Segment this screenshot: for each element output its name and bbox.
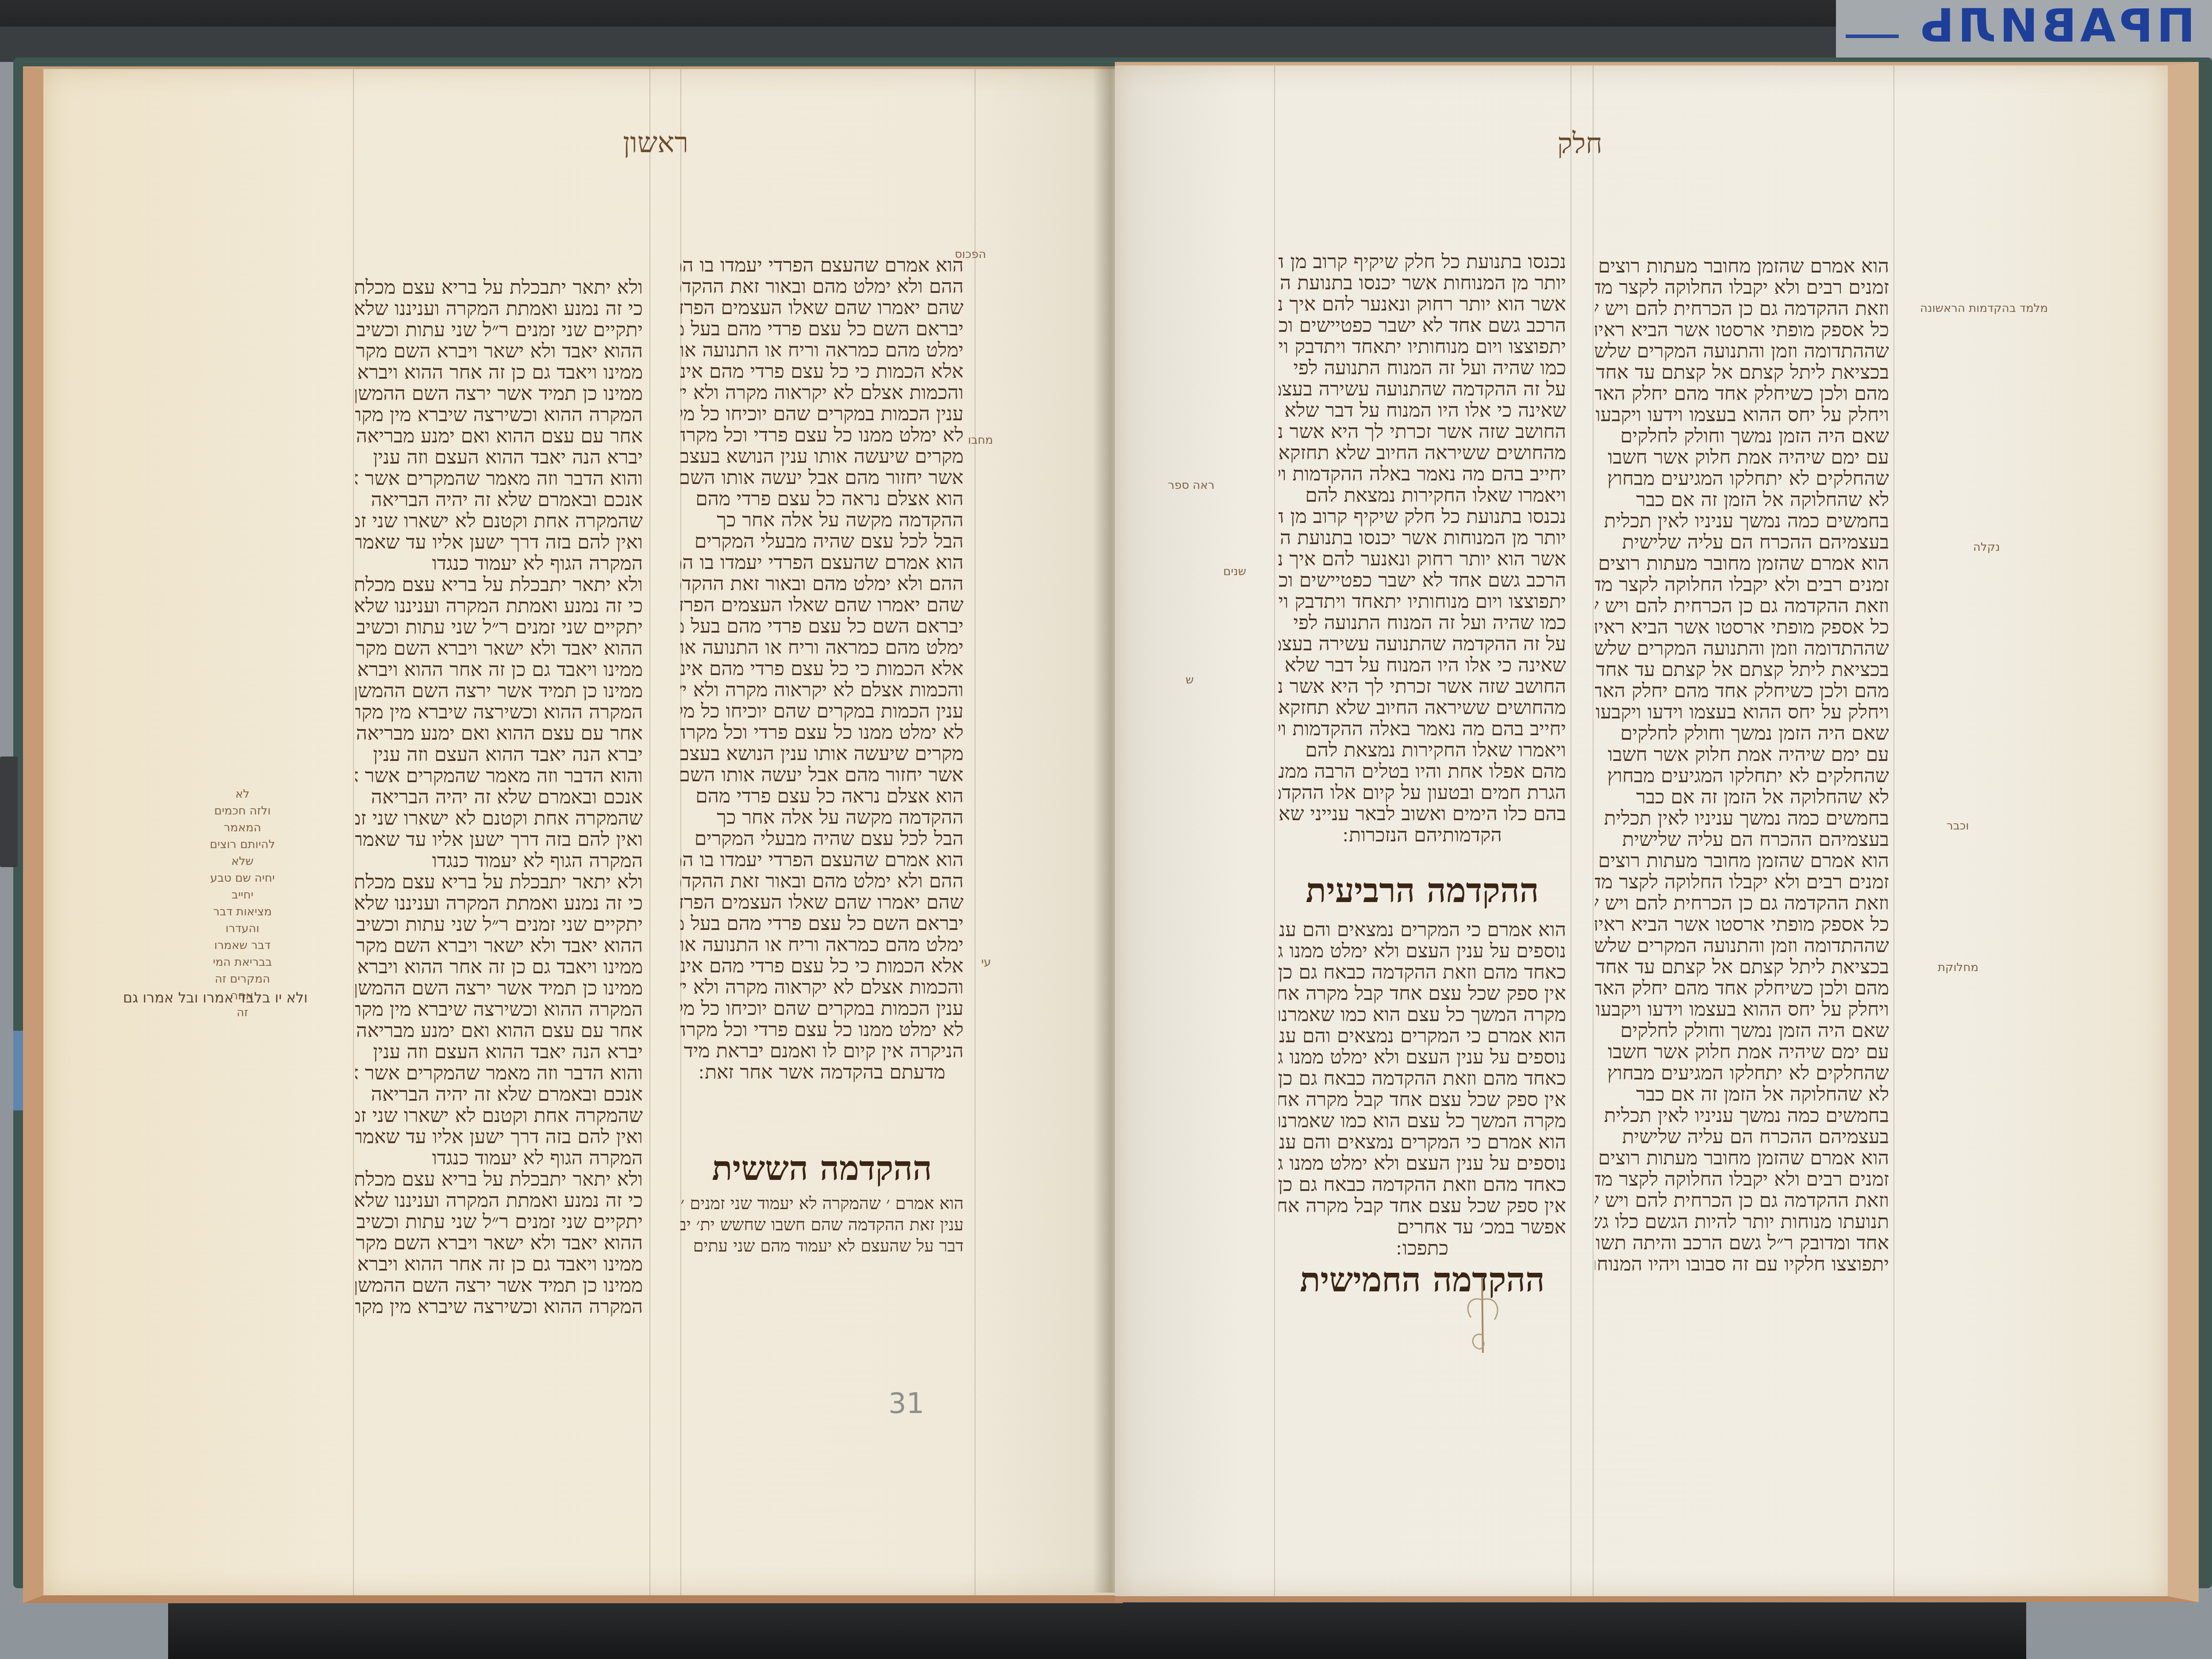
text-line: כי זה נמנע ואמתת המקרה ועניננו שלא ישאר … bbox=[355, 595, 643, 617]
text-line: ימלט מהם כמראה וריח או התנועה או הנוח bbox=[680, 340, 964, 361]
text-line: נוספים על ענין העצם ולא ימלט ממנו גשם ׳ bbox=[1279, 1047, 1566, 1068]
text-line: וזאת ההקדמה גם כן הכרחית להם ויש שהם ראו bbox=[1595, 1190, 1889, 1211]
running-head: ראשון bbox=[623, 127, 688, 159]
text-line: הוא אמרם שהזמן מחובר מעתות רוצים בזה שהם bbox=[1595, 850, 1889, 872]
text-line: מקרים שיעשה אותו ענין הנושא בעצם bbox=[680, 743, 964, 764]
text-line: אין ספק שכל עצם אחד קבל מקרה אחר bbox=[1279, 1089, 1566, 1110]
text-line: יותר מן המנוחות אשר יכנסו בתנועת החלק ׳ bbox=[1279, 527, 1566, 549]
text-line: נכנסו בתנועת כל חלק שיקיף קרוב מן המרכז … bbox=[1279, 251, 1566, 273]
text-line: הוא אמרם ׳ שהמקרה לא יעמוד שני זמנים ׳ bbox=[680, 1193, 964, 1214]
text-line: יבראם השם כל עצם פרדי מהם בעל מקרים לא bbox=[680, 319, 964, 340]
text-line: יחייב בהם מה נאמר באלה ההקדמות ולא bbox=[1279, 718, 1566, 740]
text-line: מהחושים ששיראה החיוב שלא תחזקאל אשר bbox=[1279, 442, 1566, 464]
text-line: לא ימלט ממנו כל עצם פרדי וכל מקרה bbox=[680, 1019, 964, 1041]
ruling-line bbox=[1571, 65, 1571, 1596]
text-line: אלא הכמות כי כל עצם פרדי מהם אינו בעל כמ… bbox=[680, 361, 964, 382]
text-line: ואין להם בזה דרך ישען אליו עד שאמרו bbox=[355, 829, 643, 850]
marginal-note: שנים bbox=[1223, 563, 1246, 580]
text-line: מהם אפלו אחת והיו בטלים הרבה ממעשרה bbox=[1279, 761, 1566, 782]
text-line: יתקיים שני זמנים ר״ל שני עתות וכשיברא המ… bbox=[355, 1211, 643, 1233]
text-line: ממינו כן תמיד אשר ירצה השם ההמשך bbox=[355, 680, 643, 702]
text-line: ההם ולא ימלט מהם ובאור זאת ההקדמה ועניני bbox=[680, 573, 964, 595]
text-line: בהם כלו הימים ואשוב לבאר ענייני שאר bbox=[1279, 803, 1566, 825]
text-line: ענין הכמות במקרים שהם יוכיחו כל מקרה bbox=[680, 998, 964, 1019]
text-line: הבל לכל עצם שהיה מבעלי המקרים bbox=[680, 828, 964, 849]
text-line: המקרה הגוף לא יעמוד כנגדו bbox=[355, 850, 643, 872]
text-line: הוא אמרם שהזמן מחובר מעתות רוצים בזה שהם bbox=[1595, 256, 1889, 277]
text-line: יבראם השם כל עצם פרדי מהם בעל מקרים לא bbox=[680, 913, 964, 934]
text-line: יתקיים שני זמנים ר״ל שני עתות וכשיברא המ… bbox=[355, 914, 643, 935]
text-line: ולא יתאר יתבכלת על בריא עצם מכלתי מקרה bbox=[355, 1169, 643, 1190]
text-line: אין ספק שכל עצם אחד קבל מקרה אחר bbox=[1279, 983, 1566, 1004]
text-line: הגרת חמים ובטעון על קיום אלו ההקדמות וכי… bbox=[1279, 782, 1566, 803]
text-line: כל אספק מופתי ארסטו אשר הביא ראיה בהם bbox=[1595, 617, 1889, 638]
text-line: ההם ולא ימלט מהם ובאור זאת ההקדמה ועניני bbox=[680, 276, 964, 297]
book-cradle-strip bbox=[0, 27, 1854, 62]
marginal-line: זה bbox=[198, 1004, 287, 1021]
text-line: יתקיים שני זמנים ר״ל שני עתות וכשיברא המ… bbox=[355, 319, 643, 341]
text-line: נוספים על ענין העצם ולא ימלט ממנו גשם ׳ bbox=[1279, 941, 1566, 962]
text-line: הוא אמרם כי המקרים נמצאים והם עניינים ׳ bbox=[1279, 919, 1566, 941]
text-line: ויאמרו שאלו החקירות נמצאת להם bbox=[1279, 740, 1566, 761]
marginal-note: מחבו bbox=[968, 432, 993, 449]
text-line: ולא יתאר יתבכלת על בריא עצם מכלתי מקרה bbox=[355, 872, 643, 893]
text-line: שהמקרה אחת וקטנם לא ישארו שני זמנים bbox=[355, 808, 643, 829]
marginal-note: ש bbox=[1186, 672, 1194, 688]
text-line: תנועתו מנוחות יותר להיות הגשם כלו גשם ׳ bbox=[1595, 1211, 1889, 1233]
text-line: המקרה הגוף לא יעמוד כנגדו bbox=[355, 1148, 643, 1169]
text-line: ולא יתאר יתבכלת על בריא עצם מכלתי מקרה bbox=[355, 574, 643, 595]
heading-body: הוא אמרם ׳ שהמקרה לא יעמוד שני זמנים ׳ ע… bbox=[680, 1193, 964, 1256]
ruling-line bbox=[975, 69, 975, 1595]
text-line: ממינו ויאבד גם כן זה אחר ההוא ויברא שליש… bbox=[355, 1254, 643, 1275]
marginal-line: יחיה שם טבע יחייב bbox=[198, 870, 287, 903]
catchword-flourish-icon bbox=[1455, 1278, 1509, 1357]
text-line: המקרה ההוא וכשירצה שיברא מין מקרה bbox=[355, 702, 643, 723]
text-line: שהמקרה אחת וקטנם לא ישארו שני זמנים bbox=[355, 1105, 643, 1126]
text-line: אפשר במכ׳ עד אחרים bbox=[1279, 1217, 1566, 1238]
text-line: אשר יחזור מהם אבל יעשה אותו השם bbox=[680, 764, 964, 786]
marginal-note: נקלה bbox=[1973, 539, 2000, 556]
text-line: ויחלק על יחס ההוא בעצמו וידעו ויקבעו bbox=[1595, 702, 1889, 723]
text-line: בחמשים כמה נמשך עניניו לאין תכלית bbox=[1595, 1105, 1889, 1126]
text-line: בעצמיהם ההכרח הם עליה שלישית bbox=[1595, 1126, 1889, 1148]
text-line: זמנים רבים ולא יקבלו החלוקה לקצר מדותם ׳ bbox=[1595, 277, 1889, 298]
text-line: שאינה כי אלו היו המנוח על דבר שלא bbox=[1279, 655, 1566, 676]
text-line: כאחד מהם וזאת ההקדמה כבאח גם כן הסכמת bbox=[1279, 962, 1566, 983]
text-line: ימלט מהם כמראה וריח או התנועה או הנוח bbox=[680, 637, 964, 658]
text-line: שההתדומה וזמן והתנועה המקרים שלשתם שוים bbox=[1595, 341, 1889, 362]
marginal-line: לא bbox=[198, 786, 287, 803]
text-line: אחר עם עצם ההוא ואם ימנע מבריאה ולא bbox=[355, 1020, 643, 1041]
text-line: לא ימלט ממנו כל עצם פרדי וכל מקרה bbox=[680, 722, 964, 743]
text-line: ממינו כן תמיד אשר ירצה השם ההמשך bbox=[355, 1275, 643, 1296]
text-line: כל אספק מופתי ארסטו אשר הביא ראיה בהם bbox=[1595, 914, 1889, 935]
text-column-left: נכנסו בתנועת כל חלק שיקיף קרוב מן המרכז … bbox=[1279, 251, 1566, 846]
text-line: הוא אמרם כי המקרים נמצאים והם עניינים ׳ bbox=[1279, 1132, 1566, 1153]
text-line: ואין להם בזה דרך ישען אליו עד שאמרו bbox=[355, 532, 643, 553]
text-line: ההקדמה מקשה על אלה אחר כך bbox=[680, 807, 964, 828]
marginal-line: בבריאת המי bbox=[198, 954, 287, 971]
text-line: שההתדומה וזמן והתנועה המקרים שלשתם שוים bbox=[1595, 638, 1889, 659]
book-cradle-bottom bbox=[168, 1595, 2026, 1659]
text-line: הוא אמרם שהעצם הפרדי יעמדו בו המקרים bbox=[680, 552, 964, 573]
text-line: ואין להם בזה דרך ישען אליו עד שאמרו bbox=[355, 1126, 643, 1148]
text-line: אלא הכמות כי כל עצם פרדי מהם אינו בעל כמ… bbox=[680, 658, 964, 680]
text-line: הבל לכל עצם שהיה מבעלי המקרים bbox=[680, 531, 964, 552]
text-line: אלא הכמות כי כל עצם פרדי מהם אינו בעל כמ… bbox=[680, 956, 964, 977]
text-line: הקדמותיהם הנזכרות ׃ bbox=[1279, 825, 1566, 846]
text-line: ההוא יאבד ולא ישאר ויברא השם מקרה אחר bbox=[355, 638, 643, 659]
text-line: יברא הנה יאבד ההוא העצם וזה ענין bbox=[355, 447, 643, 468]
text-line: על זה ההקדמה שהתנועה עשירה בעצמה היא bbox=[1279, 379, 1566, 400]
text-line: וזאת ההקדמה גם כן הכרחית להם ויש שהם ראו bbox=[1595, 298, 1889, 319]
text-line: ענין זאת ההקדמה שהם חשבו שחשש ית׳ יברא bbox=[680, 1214, 964, 1235]
section-heading: ההקדמה הששית bbox=[680, 1148, 964, 1188]
text-line: ההוא יאבד ולא ישאר ויברא השם מקרה אחר bbox=[355, 1233, 643, 1254]
marginal-note: עי bbox=[981, 954, 991, 971]
text-line: ויאמרו שאלו החקירות נמצאת להם bbox=[1279, 485, 1566, 506]
text-line: אנכם ובאמרם שלא זה יהיה הבריאה bbox=[355, 1084, 643, 1105]
text-line: כל אספק מופתי ארסטו אשר הביא ראיה בהם bbox=[1595, 319, 1889, 341]
text-line: אשר הוא יותר רחוק ונאנער להם איך נראה לה… bbox=[1279, 549, 1566, 570]
text-line: המקרה ההוא וכשירצה שיברא מין מקרה bbox=[355, 999, 643, 1020]
marginal-note: מלמד בהקדמות הראשונה bbox=[1920, 300, 2048, 317]
text-line: הרכב גשם אחד לא ישבר כפטיישים וכשיסוב ׳ bbox=[1279, 315, 1566, 336]
text-line: כי זה נמנע ואמתת המקרה ועניננו שלא ישאר … bbox=[355, 893, 643, 914]
marginal-line: מציאות דבר והעדרו bbox=[198, 903, 287, 937]
text-line: יחייב בהם מה נאמר באלה ההקדמות ולא bbox=[1279, 464, 1566, 485]
text-line: כאחד מהם וזאת ההקדמה כבאח גם כן הסכמת bbox=[1279, 1174, 1566, 1195]
ruling-line bbox=[1893, 65, 1894, 1596]
text-line: הוא אמרם שהעצם הפרדי יעמדו בו המקרים bbox=[680, 849, 964, 871]
text-line: ממינו כן תמיד אשר ירצה השם ההמשך bbox=[355, 383, 643, 404]
text-line: המקרה ההוא וכשירצה שיברא מין מקרה bbox=[355, 404, 643, 426]
text-line: ההקדמה מקשה על אלה אחר כך bbox=[680, 510, 964, 531]
text-line: אחר עם עצם ההוא ואם ימנע מבריאה ולא bbox=[355, 723, 643, 744]
text-line: זמנים רבים ולא יקבלו החלוקה לקצר מדותם ׳ bbox=[1595, 574, 1889, 595]
background-card-label: ПРАВИЛЬ bbox=[1916, 2, 2195, 50]
marginal-note: ולא יו בלבד אמרו ובל אמרו גם bbox=[123, 989, 308, 1006]
text-line: מקרה המשך כל עצם הוא כמו שאמרנו bbox=[1279, 1110, 1566, 1132]
text-line: לא שהחלוקה אל הזמן זה אם כבר bbox=[1595, 787, 1889, 808]
text-line: שהם יאמרו שהם שאלו העצמים הפרדים אשר bbox=[680, 595, 964, 616]
marginal-note: מחלוקת bbox=[1938, 959, 1978, 976]
text-line: אנכם ובאמרם שלא זה יהיה הבריאה bbox=[355, 787, 643, 808]
text-line: אשר הוא יותר רחוק ונאנער להם איך נראה לה… bbox=[1279, 294, 1566, 315]
text-line: המקרה הגוף לא יעמוד כנגדו bbox=[355, 553, 643, 574]
text-line: עם ימם שיהיה אמת חלוק אשר חשבו bbox=[1595, 744, 1889, 765]
ruling-line bbox=[353, 69, 354, 1595]
text-line: המקרה ההוא וכשירצה שיברא מין מקרה bbox=[355, 1296, 643, 1317]
text-line: מהחושים ששיראה החיוב שלא תחזקאל אשר bbox=[1279, 697, 1566, 718]
text-line: שהחלקים לא יתחלקו המגיעים מבחוץ bbox=[1595, 765, 1889, 787]
text-column-right: הוא אמרם שהעצם הפרדי יעמדו בו המקרים ההם… bbox=[680, 255, 964, 1083]
text-line: על זה ההקדמה שהתנועה עשירה בעצמה היא bbox=[1279, 634, 1566, 655]
text-line: כי זה נמנע ואמתת המקרה ועניננו שלא ישאר … bbox=[355, 298, 643, 319]
text-line: ממינו כן תמיד אשר ירצה השם ההמשך bbox=[355, 978, 643, 999]
text-line: והכמות אצלם לא יקראוה מקרה ולא ישכילו bbox=[680, 977, 964, 998]
text-line: שאם היה הזמן נמשך וחולק לחלקים bbox=[1595, 1020, 1889, 1041]
text-line: וזאת ההקדמה גם כן הכרחית להם ויש שהם ראו bbox=[1595, 595, 1889, 617]
text-line: כמו שהיה ועל זה המנוח התנועה לפי bbox=[1279, 612, 1566, 634]
text-line: והוא הדבר וזה מאמר שהמקרים אשר אותו bbox=[355, 1063, 643, 1084]
text-line: כתפכו ׃ bbox=[1279, 1238, 1566, 1259]
text-line: ההוא יאבד ולא ישאר ויברא השם מקרה אחר bbox=[355, 341, 643, 362]
text-line: ויחלק על יחס ההוא בעצמו וידעו ויקבעו bbox=[1595, 404, 1889, 426]
text-line: כי זה נמנע ואמתת המקרה ועניננו שלא ישאר … bbox=[355, 1190, 643, 1211]
text-line: וזאת ההקדמה גם כן הכרחית להם ויש שהם ראו bbox=[1595, 893, 1889, 914]
ruling-line bbox=[1274, 65, 1275, 1596]
text-line: אחר עם עצם ההוא ואם ימנע מבריאה ולא bbox=[355, 426, 643, 447]
marginal-note-block: לא ולזה חכמים המאמר להיותם רוצים שלא יחי… bbox=[198, 786, 287, 1021]
text-line: ההם ולא ימלט מהם ובאור זאת ההקדמה ועניני bbox=[680, 871, 964, 892]
text-line: אשר יחזור מהם אבל יעשה אותו השם bbox=[680, 467, 964, 488]
marginal-line: להיותם רוצים שלא bbox=[198, 836, 287, 870]
text-line: יותר מן המנוחות אשר יכנסו בתנועת החלק ׳ bbox=[1279, 273, 1566, 294]
text-line: ענין הכמות במקרים שהם יוכיחו כל מקרה bbox=[680, 701, 964, 722]
text-line: הוא אצלם נראה כל עצם פרדי מהם bbox=[680, 786, 964, 807]
text-line: ענין הכמות במקרים שהם יוכיחו כל מקרה bbox=[680, 403, 964, 425]
text-line: כמו שהיה ועל זה המנוח התנועה לפי bbox=[1279, 357, 1566, 379]
text-line: שהחלקים לא יתחלקו המגיעים מבחוץ bbox=[1595, 1063, 1889, 1084]
text-line: מקרה המשך כל עצם הוא כמו שאמרנו bbox=[1279, 1004, 1566, 1025]
text-line: והוא הדבר וזה מאמר שהמקרים אשר אותו bbox=[355, 468, 643, 489]
text-line: והכמות אצלם לא יקראוה מקרה ולא ישכילו bbox=[680, 680, 964, 701]
text-line: יתפוצצו ויום מנוחותיו יתאחד ויתדבק וישוב… bbox=[1279, 591, 1566, 612]
text-line: בחמשים כמה נמשך עניניו לאין תכלית bbox=[1595, 808, 1889, 829]
text-line: זמנים רבים ולא יקבלו החלוקה לקצר מדותם ׳ bbox=[1595, 872, 1889, 893]
text-line: מהם ולכן כשיחלק אחד מהם יחלק האחר bbox=[1595, 383, 1889, 404]
text-line: והכמות אצלם לא יקראוה מקרה ולא ישכילו bbox=[680, 382, 964, 403]
text-line: בעצמיהם ההכרח הם עליה שלישית bbox=[1595, 532, 1889, 553]
text-line: שאם היה הזמן נמשך וחולק לחלקים bbox=[1595, 426, 1889, 447]
text-line: עם ימם שיהיה אמת חלוק אשר חשבו bbox=[1595, 1041, 1889, 1063]
text-line: החושב שזה אשר זכרתי לך היא אשר נגזר bbox=[1279, 421, 1566, 442]
text-line: זמנים רבים ולא יקבלו החלוקה לקצר מדותם ׳ bbox=[1595, 1169, 1889, 1190]
text-line: יבראם השם כל עצם פרדי מהם בעל מקרים לא bbox=[680, 616, 964, 637]
text-line: הוא אמרם שהזמן מחובר מעתות רוצים בזה שהם bbox=[1595, 553, 1889, 574]
text-line: מקרים שיעשה אותו ענין הנושא בעצם bbox=[680, 446, 964, 467]
running-head: חלק bbox=[1557, 127, 1602, 160]
text-line: שהם יאמרו שהם שאלו העצמים הפרדים אשר bbox=[680, 892, 964, 913]
text-line: שהחלקים לא יתחלקו המגיעים מבחוץ bbox=[1595, 468, 1889, 489]
text-line: נכנסו בתנועת כל חלק שיקיף קרוב מן המרכז … bbox=[1279, 506, 1566, 527]
text-line: מהם ולכן כשיחלק אחד מהם יחלק האחר bbox=[1595, 978, 1889, 999]
text-column-left: ולא יתאר יתבכלת על בריא עצם מכלתי מקרה כ… bbox=[355, 277, 643, 1317]
text-line: ימלט מהם כמראה וריח או התנועה או הנוח bbox=[680, 934, 964, 956]
text-line: ויחלק על יחס ההוא בעצמו וידעו ויקבעו bbox=[1595, 999, 1889, 1020]
text-line: שהמקרה אחת וקטנם לא ישארו שני זמנים bbox=[355, 511, 643, 532]
text-column-right: הוא אמרם שהזמן מחובר מעתות רוצים בזה שהם… bbox=[1595, 256, 1889, 1275]
text-line: אחד ומדובק ר״ל גשם הרכב והיתה תשובתם כי bbox=[1595, 1233, 1889, 1254]
text-line: לא ימלט ממנו כל עצם פרדי וכל מקרה bbox=[680, 425, 964, 446]
marginal-note: ראה ספר bbox=[1168, 477, 1214, 494]
text-line: לא שהחלוקה אל הזמן זה אם כבר bbox=[1595, 489, 1889, 511]
text-line: והוא הדבר וזה מאמר שהמקרים אשר אותו bbox=[355, 765, 643, 787]
text-line: נוספים על ענין העצם ולא ימלט ממנו גשם ׳ bbox=[1279, 1153, 1566, 1174]
marginal-line: דבר שאמרו bbox=[198, 937, 287, 954]
text-line: ממינו ויאבד גם כן זה אחר ההוא ויברא שליש… bbox=[355, 956, 643, 978]
heading-body: הוא אמרם כי המקרים נמצאים והם עניינים ׳ … bbox=[1279, 919, 1566, 1259]
text-line: ולא יתאר יתבכלת על בריא עצם מכלתי מקרה bbox=[355, 277, 643, 298]
marginal-note: הפכוס bbox=[955, 246, 986, 263]
text-line: ההוא יאבד ולא ישאר ויברא השם מקרה אחר bbox=[355, 935, 643, 956]
text-line: הוא אמרם שהעצם הפרדי יעמדו בו המקרים bbox=[680, 255, 964, 276]
text-line: שההתדומה וזמן והתנועה המקרים שלשתם שוים bbox=[1595, 935, 1889, 956]
text-line: יתפוצצו ויום מנוחותיו יתאחד ויתדבק וישוב… bbox=[1279, 336, 1566, 357]
text-line: יברא הנה יאבד ההוא העצם וזה ענין bbox=[355, 1041, 643, 1063]
text-line: שאינה כי אלו היו המנוח על דבר שלא bbox=[1279, 400, 1566, 421]
text-line: מהם ולכן כשיחלק אחד מהם יחלק האחר bbox=[1595, 680, 1889, 702]
folio-number: 31 bbox=[888, 1387, 924, 1420]
text-line: יתפוצצו חלקיו עם זה סבובו ויהיו המנוחות … bbox=[1595, 1254, 1889, 1275]
text-line: החושב שזה אשר זכרתי לך היא אשר נגזר bbox=[1279, 676, 1566, 697]
page-clip bbox=[0, 757, 18, 867]
text-line: בכציאת ליתל קצתם אל קצתם עד אחד bbox=[1595, 956, 1889, 978]
marginal-line: המקרים זה bbox=[198, 971, 287, 987]
text-line: הרכב גשם אחד לא ישבר כפטיישים וכשיסוב ׳ bbox=[1279, 570, 1566, 591]
section-heading: ההקדמה החמישית bbox=[1279, 1260, 1566, 1300]
text-line: אנכם ובאמרם שלא זה יהיה הבריאה bbox=[355, 489, 643, 511]
text-line: שהם יאמרו שהם שאלו העצמים הפרדים אשר bbox=[680, 297, 964, 319]
text-line: אין ספק שכל עצם אחד קבל מקרה אחר bbox=[1279, 1195, 1566, 1217]
ruling-line bbox=[649, 69, 650, 1595]
text-line: הוא אמרם שהזמן מחובר מעתות רוצים בזה שהם bbox=[1595, 1148, 1889, 1169]
background-card-rule bbox=[1846, 35, 1899, 38]
text-line: ממינו ויאבד גם כן זה אחר ההוא ויברא שליש… bbox=[355, 362, 643, 383]
right-page: חלק הוא אמרם שהזמן מחובר מעתות רוצים בזה… bbox=[1115, 62, 2199, 1602]
marginal-line: ולזה חכמים המאמר bbox=[198, 803, 287, 836]
text-line: יתקיים שני זמנים ר״ל שני עתות וכשיברא המ… bbox=[355, 617, 643, 638]
text-line: בחמשים כמה נמשך עניניו לאין תכלית bbox=[1595, 511, 1889, 532]
ruling-line bbox=[1593, 65, 1594, 1596]
text-line: מדעתם בהקדמה אשר אחר זאת ׃ bbox=[680, 1062, 964, 1083]
text-line: ממינו ויאבד גם כן זה אחר ההוא ויברא שליש… bbox=[355, 659, 643, 680]
text-line: בכציאת ליתל קצתם אל קצתם עד אחד bbox=[1595, 659, 1889, 680]
text-line: יברא הנה יאבד ההוא העצם וזה ענין bbox=[355, 744, 643, 765]
text-line: הוא אמרם כי המקרים נמצאים והם עניינים ׳ bbox=[1279, 1025, 1566, 1047]
text-line: דבר על שהעצם לא יעמוד מהם שני עתים bbox=[680, 1235, 964, 1256]
marginal-note: וכבר bbox=[1947, 818, 1969, 834]
text-line: בכציאת ליתל קצתם אל קצתם עד אחד bbox=[1595, 362, 1889, 383]
text-line: שאם היה הזמן נמשך וחולק לחלקים bbox=[1595, 723, 1889, 744]
text-line: בעצמיהם ההכרח הם עליה שלישית bbox=[1595, 829, 1889, 850]
section-heading: ההקדמה הרביעית bbox=[1279, 871, 1566, 910]
text-line: הניקרה אין קיום לו ואמנם יבראת מיד כמו ש… bbox=[680, 1041, 964, 1062]
text-line: כאחד מהם וזאת ההקדמה כבאח גם כן הסכמת bbox=[1279, 1068, 1566, 1089]
text-line: לא שהחלוקה אל הזמן זה אם כבר bbox=[1595, 1084, 1889, 1105]
text-line: הוא אצלם נראה כל עצם פרדי מהם bbox=[680, 488, 964, 510]
text-line: עם ימם שיהיה אמת חלוק אשר חשבו bbox=[1595, 447, 1889, 468]
left-page: ראשון הוא אמרם שהעצם הפרדי יעמדו בו המקר… bbox=[23, 66, 1123, 1603]
